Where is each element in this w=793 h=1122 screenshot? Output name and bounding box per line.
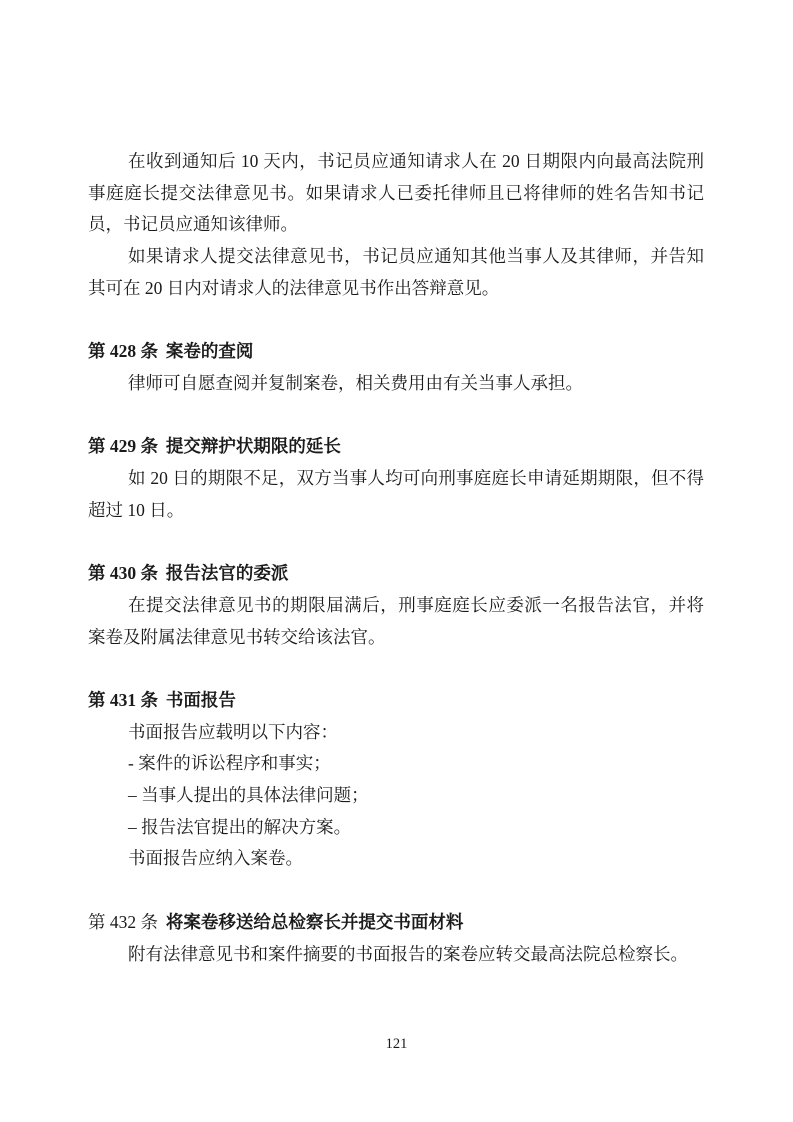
article-paragraph: 律师可自愿查阅并复制案卷，相关费用由有关当事人承担。 [88, 368, 704, 400]
article-heading: 第 430 条报告法官的委派 [88, 558, 704, 590]
article-number: 第 428 条 [88, 341, 158, 361]
article-title: 提交辩护状期限的延长 [166, 436, 341, 456]
article-title: 书面报告 [166, 690, 236, 710]
article-432: 第 432 条将案卷移送给总检察长并提交书面材料 附有法律意见书和案件摘要的书面… [88, 907, 704, 970]
page-content: 在收到通知后 10 天内，书记员应通知请求人在 20 日期限内向最高法院刑事庭庭… [88, 146, 704, 970]
article-title: 将案卷移送给总检察长并提交书面材料 [166, 912, 464, 932]
article-number: 第 432 条 [88, 912, 158, 932]
article-list-item: – 报告法官提出的解决方案。 [88, 812, 704, 844]
article-title: 案卷的查阅 [166, 341, 254, 361]
document-page: 在收到通知后 10 天内，书记员应通知请求人在 20 日期限内向最高法院刑事庭庭… [0, 0, 793, 1122]
article-number: 第 430 条 [88, 563, 158, 583]
article-431: 第 431 条书面报告 书面报告应载明以下内容： - 案件的诉讼程序和事实； –… [88, 685, 704, 875]
article-heading: 第 432 条将案卷移送给总检察长并提交书面材料 [88, 907, 704, 939]
article-429: 第 429 条提交辩护状期限的延长 如 20 日的期限不足，双方当事人均可向刑事… [88, 431, 704, 526]
article-paragraph: 书面报告应纳入案卷。 [88, 843, 704, 875]
article-heading: 第 428 条案卷的查阅 [88, 336, 704, 368]
article-heading: 第 431 条书面报告 [88, 685, 704, 717]
article-paragraph: 在提交法律意见书的期限届满后，刑事庭庭长应委派一名报告法官，并将案卷及附属法律意… [88, 590, 704, 653]
article-list-item: - 案件的诉讼程序和事实； [88, 748, 704, 780]
article-title: 报告法官的委派 [166, 563, 289, 583]
page-number-label: 121 [0, 1035, 793, 1053]
article-430: 第 430 条报告法官的委派 在提交法律意见书的期限届满后，刑事庭庭长应委派一名… [88, 558, 704, 653]
article-paragraph: 附有法律意见书和案件摘要的书面报告的案卷应转交最高法院总检察长。 [88, 939, 704, 971]
article-number: 第 431 条 [88, 690, 158, 710]
article-428: 第 428 条案卷的查阅 律师可自愿查阅并复制案卷，相关费用由有关当事人承担。 [88, 336, 704, 399]
article-paragraph: 书面报告应载明以下内容： [88, 717, 704, 749]
article-number: 第 429 条 [88, 436, 158, 456]
intro-paragraph: 在收到通知后 10 天内，书记员应通知请求人在 20 日期限内向最高法院刑事庭庭… [88, 146, 704, 241]
article-list-item: – 当事人提出的具体法律问题； [88, 780, 704, 812]
article-heading: 第 429 条提交辩护状期限的延长 [88, 431, 704, 463]
intro-paragraph: 如果请求人提交法律意见书，书记员应通知其他当事人及其律师，并告知其可在 20 日… [88, 241, 704, 304]
article-paragraph: 如 20 日的期限不足，双方当事人均可向刑事庭庭长申请延期期限，但不得超过 10… [88, 463, 704, 526]
